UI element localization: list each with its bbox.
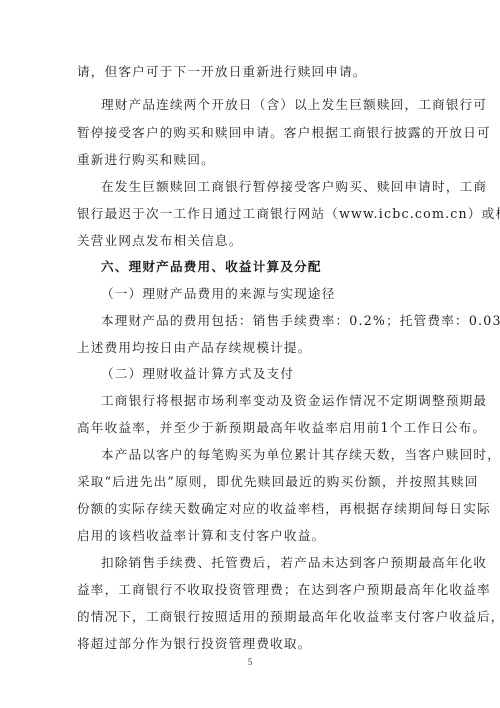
text-line: 关营业网点发布相关信息。 (77, 233, 437, 249)
text-line: 启用的该档收益率计算和支付客户收益。 (77, 528, 437, 544)
text-line: 理财产品连续两个开放日（含）以上发生巨额赎回，工商银行可 (101, 97, 461, 113)
text-line: 扣除销售手续费、托管费后，若产品未达到客户预期最高年化收 (101, 555, 461, 571)
text-line: 银行最迟于次一工作日通过工商银行网站（www.icbc.com.cn）或相 (77, 206, 437, 222)
document-page: 请，但客户可于下一开放日重新进行赎回申请。 理财产品连续两个开放日（含）以上发生… (0, 0, 500, 708)
text-line: 高年收益率，并至少于新预期最高年收益率启用前1个工作日公布。 (77, 420, 437, 436)
text-line: 份额的实际存续天数确定对应的收益率档，再根据存续期间每日实际 (77, 501, 437, 517)
text-line: 上述费用均按日由产品存续规模计提。 (77, 340, 437, 356)
text-line: 的情况下，工商银行按照适用的预期最高年化收益率支付客户收益后， (77, 609, 437, 625)
text-line: 暂停接受客户的购买和赎回申请。客户根据工商银行披露的开放日可 (77, 125, 437, 141)
text-line: 重新进行购买和赎回。 (77, 152, 437, 168)
text-line: 本理财产品的费用包括：销售手续费率：0.2%；托管费率：0.03%。 (101, 313, 461, 329)
text-line: 本产品以客户的每笔购买为单位累计其存续天数，当客户赎回时， (101, 447, 461, 463)
section-heading: 六、理财产品费用、收益计算及分配 (101, 259, 461, 275)
page-number: 5 (0, 657, 500, 667)
text-line: 采取“后进先出”原则，即优先赎回最近的购买份额，并按照其赎回 (77, 474, 437, 490)
text-line: 请，但客户可于下一开放日重新进行赎回申请。 (77, 64, 437, 80)
text-line: 工商银行将根据市场利率变动及资金运作情况不定期调整预期最 (101, 393, 461, 409)
text-line: 将超过部分作为银行投资管理费收取。 (77, 636, 437, 652)
subsection-heading: （二）理财收益计算方式及支付 (101, 366, 461, 382)
text-line: 在发生巨额赎回工商银行暂停接受客户购买、赎回申请时，工商 (101, 179, 461, 195)
text-line: 益率，工商银行不收取投资管理费；在达到客户预期最高年化收益率 (77, 582, 437, 598)
subsection-heading: （一）理财产品费用的来源与实现途径 (101, 286, 461, 302)
